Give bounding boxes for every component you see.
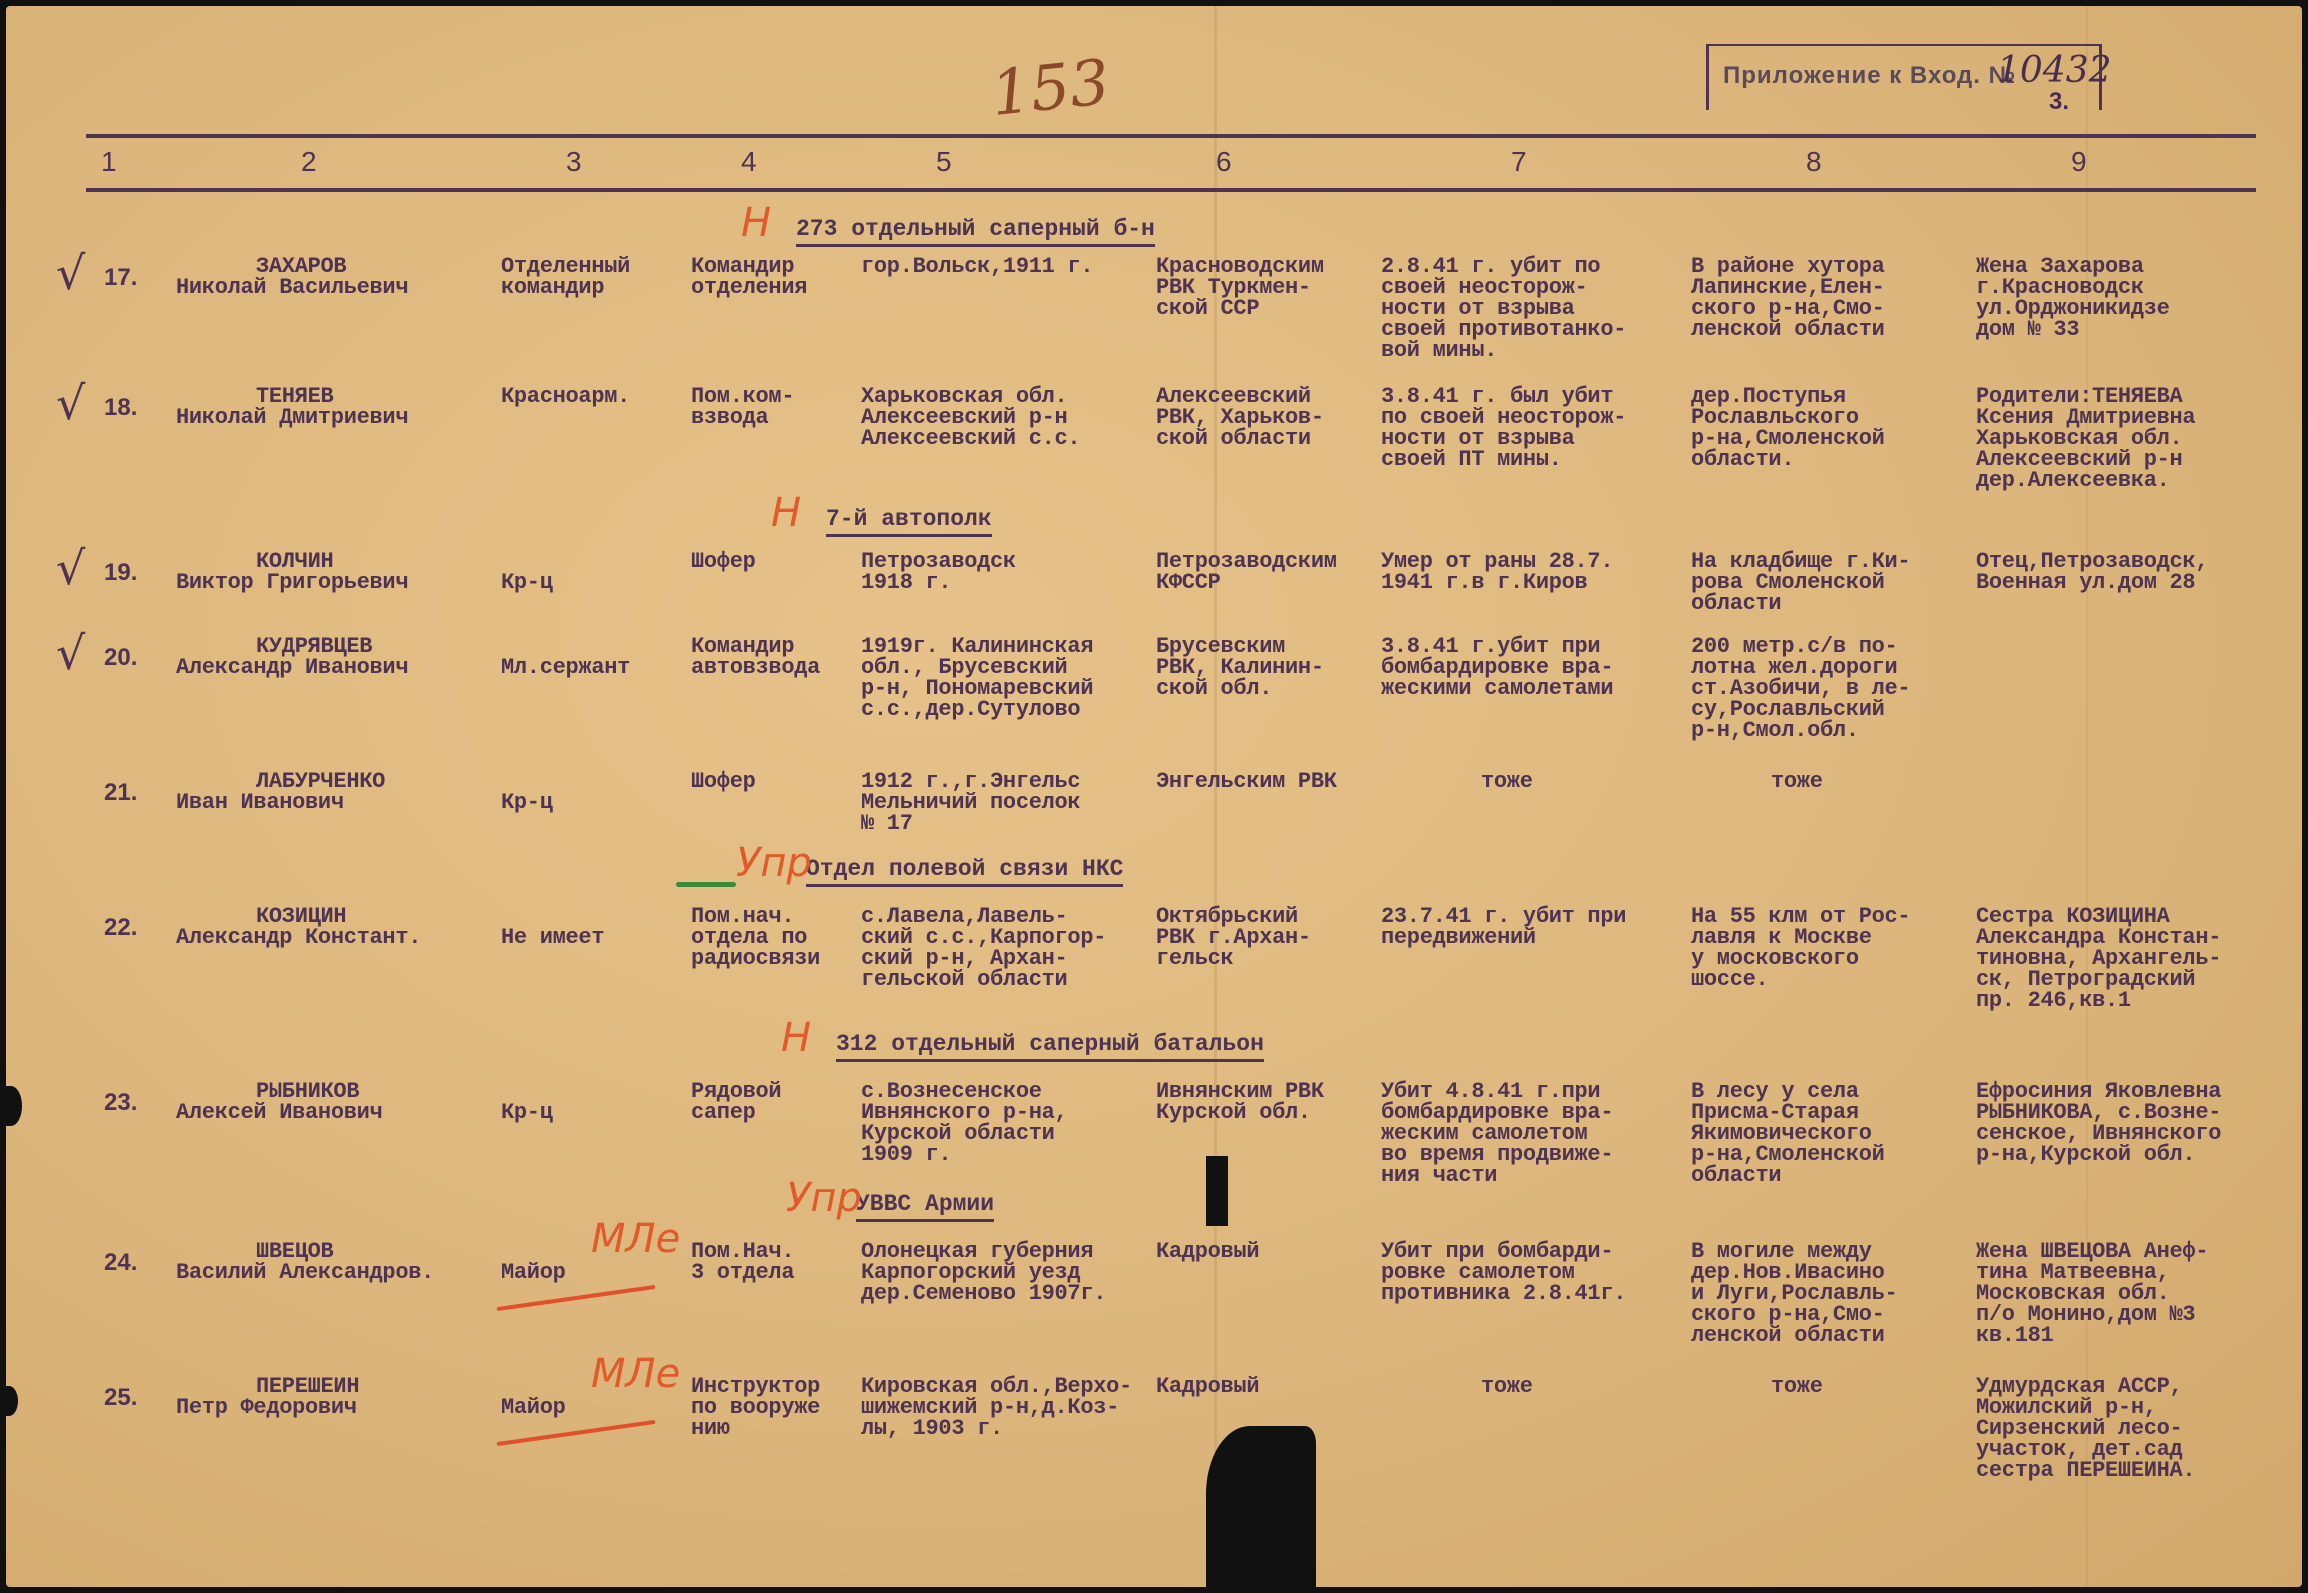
surname: ЗАХАРОВ [256, 256, 346, 277]
burial-place: дер.Поступья Рославльского р-на,Смоленск… [1691, 386, 1885, 470]
surname: РЫБНИКОВ [256, 1081, 359, 1102]
birthplace-year: Олонецкая губерния Карпогорский уезд дер… [861, 1241, 1106, 1304]
entry-number: 18. [104, 394, 137, 422]
birthplace-year: гор.Вольск,1911 г. [861, 256, 1093, 277]
draft-office: Кадровый [1156, 1376, 1259, 1397]
military-rank: Майор [501, 1397, 566, 1418]
surname: КУДРЯВЦЕВ [256, 636, 372, 657]
draft-office: Брусевским РВК, Калинин- ской обл. [1156, 636, 1324, 699]
given-names: Иван Иванович [176, 792, 344, 813]
column-number: 6 [1216, 146, 1232, 178]
death-circumstances: 23.7.41 г. убит при передвижений [1381, 906, 1626, 948]
death-circumstances: тоже [1481, 771, 1533, 792]
birthplace-year: Кировская обл.,Верхо- шижемский р-н,д.Ко… [861, 1376, 1132, 1439]
entry-number: 17. [104, 264, 137, 292]
military-rank: Красноарм. [501, 386, 630, 407]
military-rank: Мл.сержант [501, 657, 630, 678]
next-of-kin: Родители:ТЕНЯЕВА Ксения Дмитриевна Харьк… [1976, 386, 2195, 491]
given-names: Виктор Григорьевич [176, 572, 408, 593]
position: Пом.Нач. 3 отдела [691, 1241, 794, 1283]
military-rank: Кр-ц [501, 1102, 553, 1123]
given-names: Петр Федорович [176, 1397, 357, 1418]
paper-edge-damage [0, 1386, 18, 1416]
column-number: 2 [301, 146, 317, 178]
next-of-kin: Отец,Петрозаводск, Военная ул.дом 28 [1976, 551, 2208, 593]
column-number: 7 [1511, 146, 1527, 178]
checkmark-icon: √ [56, 626, 85, 680]
entry-number: 24. [104, 1249, 137, 1277]
burial-place: В могиле между дер.Нов.Ивасино и Луги,Ро… [1691, 1241, 1897, 1346]
entry-number: 23. [104, 1089, 137, 1117]
unit-heading: 7-й автополк [826, 506, 992, 537]
position: Командир отделения [691, 256, 807, 298]
next-of-kin: Ефросиния Яковлевна РЫБНИКОВА, с.Возне- … [1976, 1081, 2221, 1165]
given-names: Александр Иванович [176, 657, 408, 678]
position: Рядовой сапер [691, 1081, 781, 1123]
handwritten-rank-mark: МЛе [591, 1216, 680, 1262]
position: Пом.ком- взвода [691, 386, 794, 428]
death-circumstances: Умер от раны 28.7. 1941 г.в г.Киров [1381, 551, 1613, 593]
surname: ШВЕЦОВ [256, 1241, 333, 1262]
given-names: Алексей Иванович [176, 1102, 382, 1123]
column-number: 8 [1806, 146, 1822, 178]
military-rank: Кр-ц [501, 572, 553, 593]
green-pencil-mark [676, 882, 736, 887]
draft-office: Энгельским РВК [1156, 771, 1337, 792]
surname: КОЛЧИН [256, 551, 333, 572]
military-rank: Отделенный командир [501, 256, 630, 298]
next-of-kin: Сестра КОЗИЦИНА Александра Констан- тино… [1976, 906, 2221, 1011]
stamp-sheet: 3. [2049, 88, 2069, 116]
burial-place: На 55 клм от Рос- лавля к Москве у моско… [1691, 906, 1910, 990]
birthplace-year: с.Лавела,Лавель- ский с.с.,Карпогор- ски… [861, 906, 1106, 990]
death-circumstances: Убит при бомбарди- ровке самолетом проти… [1381, 1241, 1626, 1304]
surname: ТЕНЯЕВ [256, 386, 333, 407]
death-circumstances: тоже [1481, 1376, 1533, 1397]
unit-heading: УВВС Армии [856, 1191, 994, 1222]
burial-place: В районе хутора Лапинские,Елен- ского р-… [1691, 256, 1885, 340]
checkmark-icon: √ [56, 376, 85, 430]
draft-office: Ивнянским РВК Курской обл. [1156, 1081, 1324, 1123]
unit-heading: Отдел полевой связи НКС [806, 856, 1123, 887]
header-rule-top [86, 134, 2256, 138]
position: Шофер [691, 551, 756, 572]
next-of-kin: Удмурдская АССР, Можилский р-н, Сирзенск… [1976, 1376, 2195, 1481]
birthplace-year: 1912 г.,г.Энгельс Мельничий поселок № 17 [861, 771, 1080, 834]
draft-office: Алексеевский РВК, Харьков- ской области [1156, 386, 1324, 449]
draft-office: Октябрьский РВК г.Архан- гельск [1156, 906, 1311, 969]
handwritten-page-number: 153 [988, 45, 1113, 130]
draft-office: Кадровый [1156, 1241, 1259, 1262]
position: Пом.нач. отдела по радиосвязи [691, 906, 820, 969]
given-names: Николай Васильевич [176, 277, 408, 298]
draft-office: Красноводским РВК Туркмен- ской ССР [1156, 256, 1324, 319]
military-rank: Майор [501, 1262, 566, 1283]
entry-number: 25. [104, 1384, 137, 1412]
military-rank: Не имеет [501, 927, 604, 948]
red-pencil-underline [497, 1420, 656, 1446]
handwritten-mark: Упр [736, 840, 812, 886]
burial-place: В лесу у села Присма-Старая Якимовическо… [1691, 1081, 1885, 1186]
column-number: 9 [2071, 146, 2087, 178]
surname: ЛАБУРЧЕНКО [256, 771, 385, 792]
given-names: Василий Александров. [176, 1262, 434, 1283]
handwritten-mark: Н [781, 1015, 811, 1061]
burial-place: 200 метр.с/в по- лотна жел.дороги ст.Азо… [1691, 636, 1910, 741]
birthplace-year: 1919г. Калининская обл., Брусевский р-н,… [861, 636, 1093, 720]
checkmark-icon: √ [56, 246, 85, 300]
next-of-kin: Жена Захарова г.Красноводск ул.Орджоники… [1976, 256, 2170, 340]
death-circumstances: 3.8.41 г. был убит по своей неосторож- н… [1381, 386, 1626, 470]
entry-number: 22. [104, 914, 137, 942]
given-names: Александр Констант. [176, 927, 421, 948]
column-number: 3 [566, 146, 582, 178]
column-number: 1 [101, 146, 117, 178]
surname: ПЕРЕШЕИН [256, 1376, 359, 1397]
military-rank: Кр-ц [501, 792, 553, 813]
position: Командир автовзвода [691, 636, 820, 678]
unit-heading: 273 отдельный саперный б-н [796, 216, 1155, 247]
next-of-kin: Жена ШВЕЦОВА Анеф- тина Матвеевна, Моско… [1976, 1241, 2208, 1346]
paper-edge-damage [0, 1086, 22, 1126]
unit-heading: 312 отдельный саперный батальон [836, 1031, 1264, 1062]
paper-fold [1214, 6, 1217, 1587]
death-circumstances: Убит 4.8.41 г.при бомбардировке вра- жес… [1381, 1081, 1613, 1186]
position: Шофер [691, 771, 756, 792]
archival-document-page: 153 Приложение к Вход. № 10432 3. 123456… [6, 6, 2302, 1587]
paper-fold [2086, 6, 2088, 1587]
birthplace-year: Харьковская обл. Алексеевский р-н Алексе… [861, 386, 1080, 449]
death-circumstances: 3.8.41 г.убит при бомбардировке вра- жес… [1381, 636, 1613, 699]
stamp-number: 10432 [1997, 50, 2112, 91]
registration-stamp: Приложение к Вход. № 10432 3. [1706, 44, 2102, 110]
draft-office: Петрозаводским КФССР [1156, 551, 1337, 593]
handwritten-rank-mark: МЛе [591, 1351, 680, 1397]
surname: КОЗИЦИН [256, 906, 346, 927]
handwritten-mark: Н [741, 200, 771, 246]
checkmark-icon: √ [56, 541, 85, 595]
burial-place: тоже [1771, 771, 1823, 792]
birthplace-year: Петрозаводск 1918 г. [861, 551, 1016, 593]
handwritten-mark: Н [771, 490, 801, 536]
paper-tear [1206, 1426, 1316, 1593]
birthplace-year: с.Вознесенское Ивнянского р-на, Курской … [861, 1081, 1067, 1165]
entry-number: 21. [104, 779, 137, 807]
column-number: 4 [741, 146, 757, 178]
red-pencil-underline [497, 1285, 656, 1311]
burial-place: тоже [1771, 1376, 1823, 1397]
entry-number: 19. [104, 559, 137, 587]
stamp-label: Приложение к Вход. № [1723, 62, 2016, 90]
header-rule-bottom [86, 188, 2256, 192]
entry-number: 20. [104, 644, 137, 672]
paper-tear [1206, 1156, 1228, 1226]
death-circumstances: 2.8.41 г. убит по своей неосторож- ности… [1381, 256, 1626, 361]
given-names: Николай Дмитриевич [176, 407, 408, 428]
column-number: 5 [936, 146, 952, 178]
position: Инструктор по вооруже нию [691, 1376, 820, 1439]
burial-place: На кладбище г.Ки- рова Смоленской област… [1691, 551, 1910, 614]
handwritten-mark: Упр [786, 1175, 862, 1221]
